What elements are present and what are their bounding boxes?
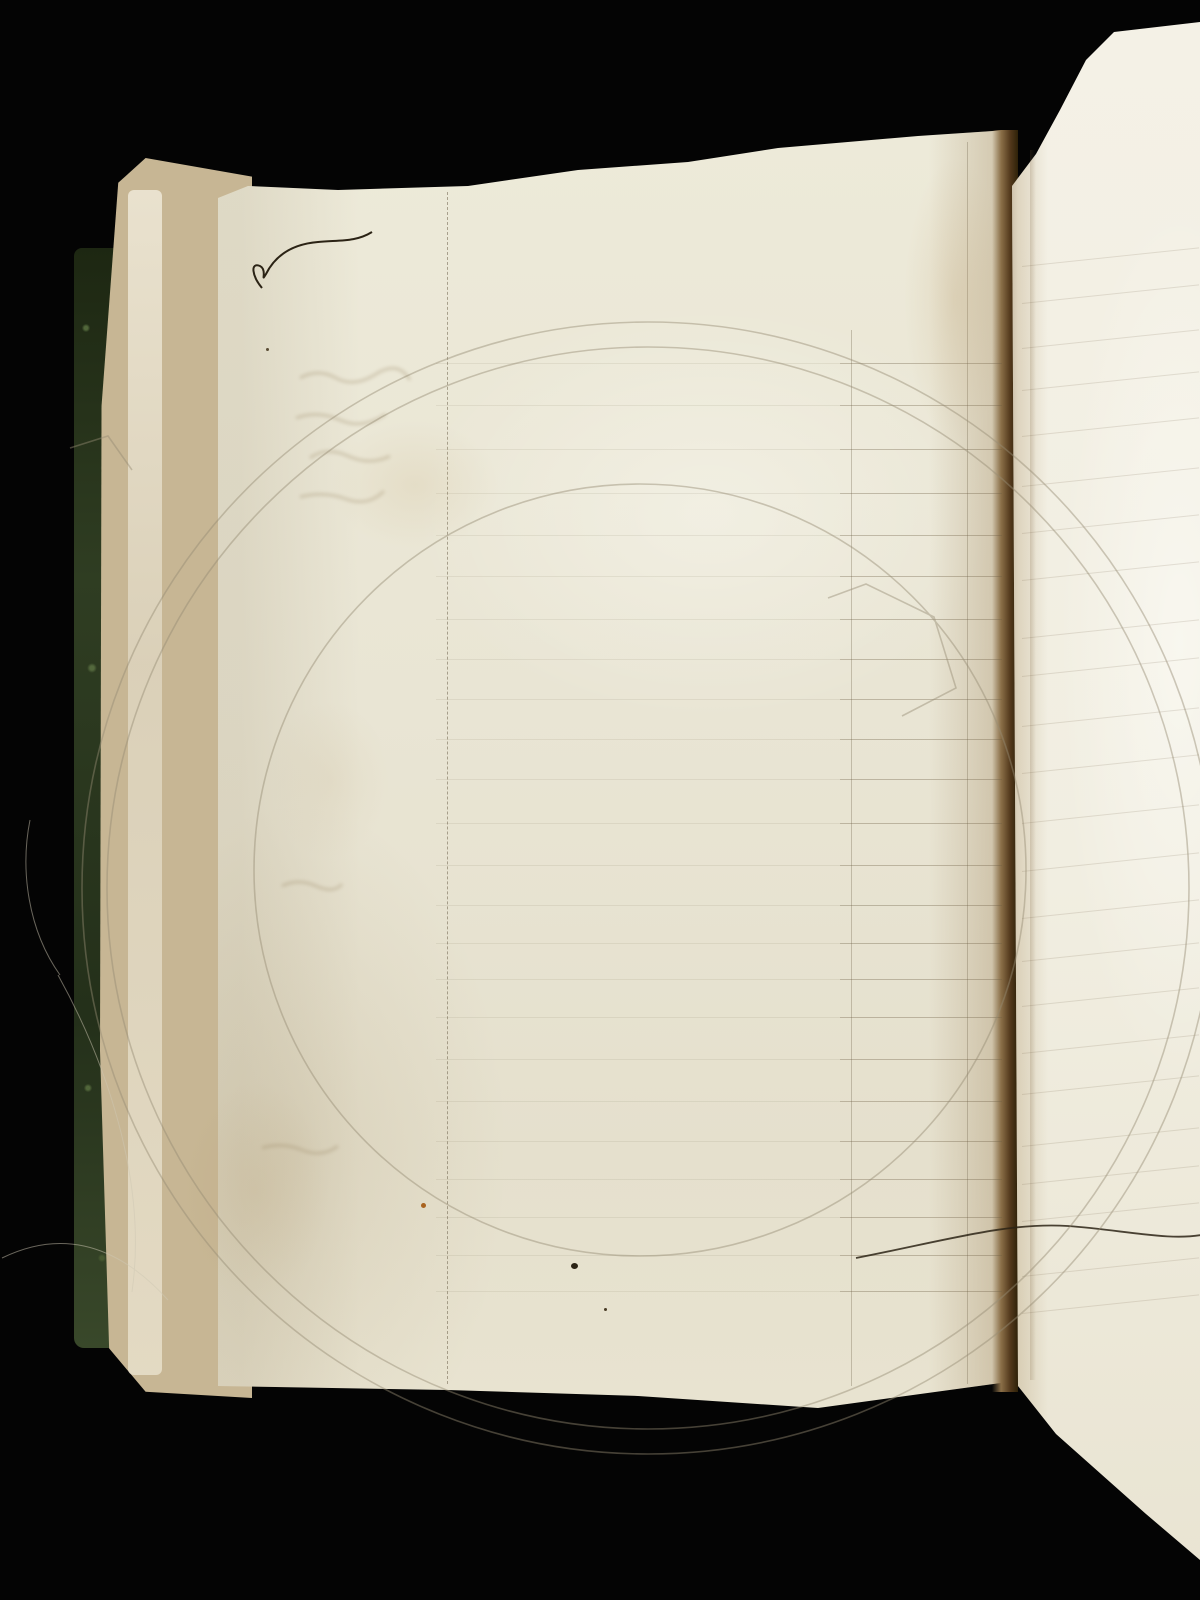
ruled-line: [436, 449, 1002, 450]
ruled-line: [436, 865, 1002, 866]
ruled-line: [436, 1255, 1002, 1256]
ink-speck: [421, 1203, 426, 1208]
ruled-line: [436, 1291, 1002, 1292]
ruled-line: [436, 619, 1002, 620]
ruled-line: [436, 823, 1002, 824]
ruled-line: [436, 905, 1002, 906]
stain: [180, 1080, 330, 1300]
manuscript-photo: 178. Segue — — — — — — — — — — ₤ 47. 15.…: [0, 0, 1200, 1600]
stain: [905, 160, 1005, 440]
ruled-line: [436, 779, 1002, 780]
margin-rule-left: [447, 192, 448, 1384]
right-page-crease: [1030, 150, 1036, 1380]
ruled-line: [436, 659, 1002, 660]
ruled-line: [436, 1101, 1002, 1102]
column-rule-inner: [851, 330, 852, 1386]
stain: [270, 700, 390, 860]
ink-speck: [266, 348, 269, 351]
ruled-line: [436, 405, 1002, 406]
ruled-line: [436, 1059, 1002, 1060]
ruled-line: [436, 1141, 1002, 1142]
ruled-line: [436, 979, 1002, 980]
ruled-line: [436, 535, 1002, 536]
ruled-line: [436, 1179, 1002, 1180]
ruled-line: [436, 739, 1002, 740]
ruled-line: [436, 1217, 1002, 1218]
ruled-line: [436, 699, 1002, 700]
page-edge-highlight: [128, 190, 162, 1375]
ruled-line: [436, 493, 1002, 494]
stain: [330, 420, 500, 550]
ink-speck: [571, 1263, 578, 1269]
ink-speck: [604, 1308, 607, 1311]
ruled-line: [436, 943, 1002, 944]
ruled-line: [436, 1017, 1002, 1018]
ruled-line: [436, 576, 1002, 577]
